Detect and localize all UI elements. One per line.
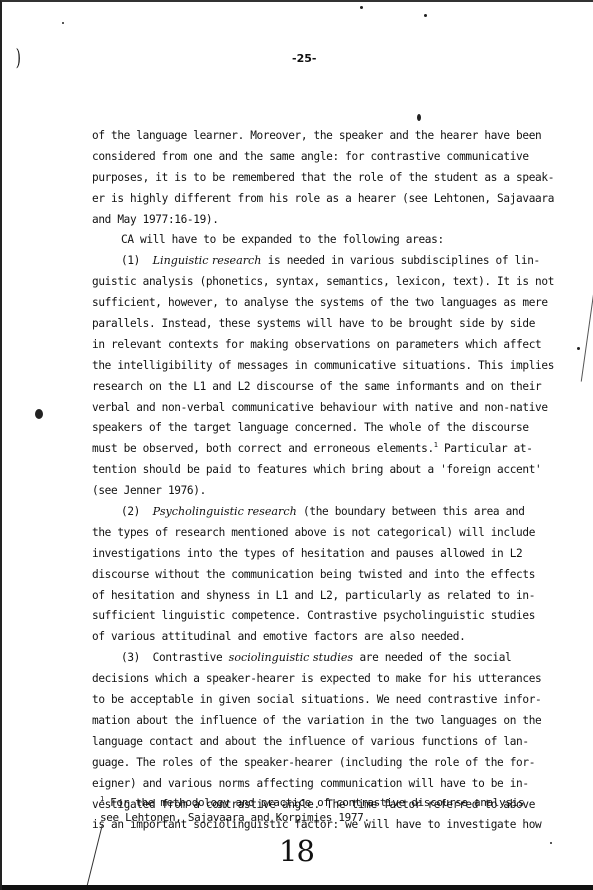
scanned-page: ) -25- of the language learner. Moreover… [0, 0, 593, 890]
text-line: the types of research mentioned above is… [92, 523, 572, 544]
text-span: is needed in various subdisciplines of l… [261, 254, 539, 267]
text-line: research on the L1 and L2 discourse of t… [92, 377, 572, 398]
scan-speck [577, 347, 580, 350]
item-term: sociolinguistic studies [229, 651, 354, 664]
text-line: tention should be paid to features which… [92, 460, 572, 481]
scan-speck [424, 14, 427, 17]
text-line: guage. The roles of the speaker-hearer (… [92, 753, 572, 774]
footnote-line: 1 For the methodology and practice of co… [100, 796, 570, 811]
paragraph-intro: CA will have to be expanded to the follo… [92, 230, 572, 251]
scan-speck [35, 409, 43, 419]
text-span: (the boundary between this area and [297, 505, 525, 518]
text-line: mation about the influence of the variat… [92, 711, 572, 732]
item-number: (2) [121, 505, 140, 518]
footnote-line: see Lehtonen, Sajavaara and Korpimies 19… [100, 811, 570, 826]
text-line: verbal and non-verbal communicative beha… [92, 398, 572, 419]
item-2-first-line: (2) Psycholinguistic research (the bound… [92, 502, 572, 523]
page-number-bottom: 18 [279, 834, 314, 868]
page-header-number: -25- [292, 52, 316, 65]
text-span: Particular at- [438, 442, 533, 455]
item-3-first-line: (3) Contrastive sociolinguistic studies … [92, 648, 572, 669]
item-number: (1) [121, 254, 140, 267]
body-text: of the language learner. Moreover, the s… [92, 126, 572, 836]
footnote: 1 For the methodology and practice of co… [100, 796, 570, 825]
scan-artifact-line [581, 292, 593, 381]
text-line: to be acceptable in given social situati… [92, 690, 572, 711]
scan-speck [360, 6, 363, 9]
text-line: of hesitation and shyness in L1 and L2, … [92, 586, 572, 607]
text-line: of the language learner. Moreover, the s… [92, 126, 572, 147]
text-line: guistic analysis (phonetics, syntax, sem… [92, 272, 572, 293]
text-line: er is highly different from his role as … [92, 189, 572, 210]
item-number: (3) [121, 651, 140, 664]
scan-bottom-edge [2, 885, 593, 890]
text-line: eigner) and various norms affecting comm… [92, 774, 572, 795]
text-line: the intelligibility of messages in commu… [92, 356, 572, 377]
text-line: considered from one and the same angle: … [92, 147, 572, 168]
scan-speck [417, 114, 421, 121]
text-span: are needed of the social [353, 651, 511, 664]
text-line: (see Jenner 1976). [92, 481, 572, 502]
text-line: discourse without the communication bein… [92, 565, 572, 586]
margin-mark: ) [16, 46, 21, 71]
text-line: in relevant contexts for making observat… [92, 335, 572, 356]
scan-speck [550, 842, 552, 844]
scan-speck [62, 22, 64, 24]
text-line: and May 1977:16-19). [92, 210, 572, 231]
text-line: of various attitudinal and emotive facto… [92, 627, 572, 648]
text-span: must be observed, both correct and erron… [92, 442, 434, 455]
item-1-first-line: (1) Linguistic research is needed in var… [92, 251, 572, 272]
text-line: purposes, it is to be remembered that th… [92, 168, 572, 189]
text-line: parallels. Instead, these systems will h… [92, 314, 572, 335]
text-span: For the methodology and practice of cont… [104, 796, 524, 809]
item-term: Psycholinguistic research [153, 505, 297, 518]
text-line-with-footnote-ref: must be observed, both correct and erron… [92, 439, 572, 460]
text-line: decisions which a speaker-hearer is expe… [92, 669, 572, 690]
text-line: language contact and about the influence… [92, 732, 572, 753]
text-line: speakers of the target language concerne… [92, 418, 572, 439]
text-span: Contrastive [153, 651, 229, 664]
text-line: sufficient linguistic competence. Contra… [92, 606, 572, 627]
text-line: investigations into the types of hesitat… [92, 544, 572, 565]
item-term: Linguistic research [153, 254, 262, 267]
text-line: sufficient, however, to analyse the syst… [92, 293, 572, 314]
